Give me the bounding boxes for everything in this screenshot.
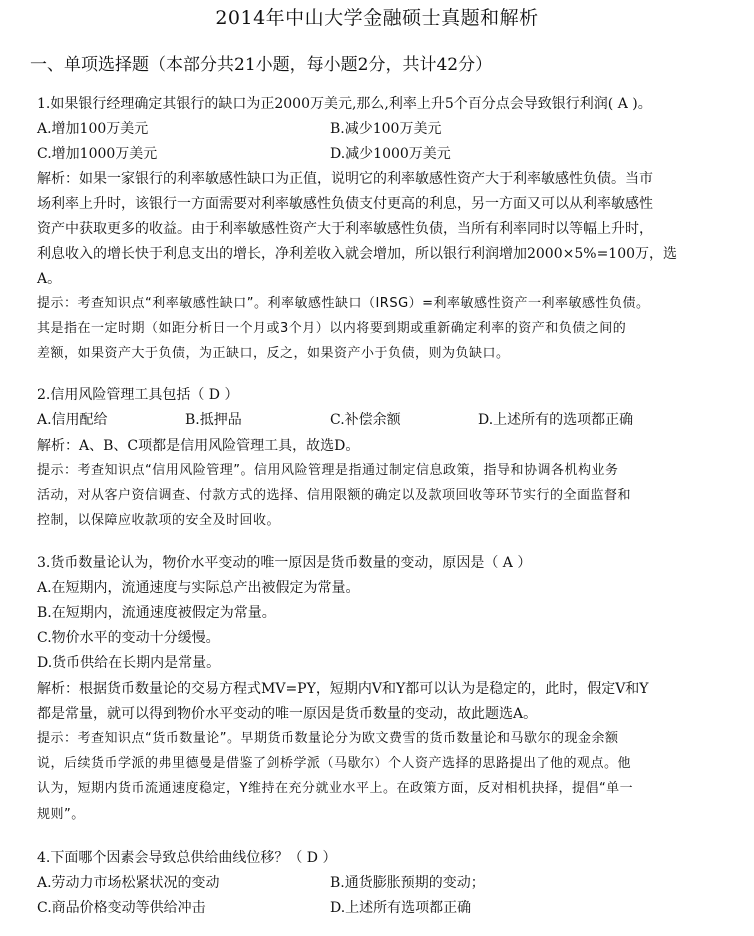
question-3-analysis-line: 都是常量，就可以得到物价水平变动的唯一原因是货币数量的变动，故此题选A。: [37, 704, 537, 724]
question-2-option-b: B.抵押品: [185, 410, 242, 430]
question-3-option-b: B.在短期内，流通速度被假定为常量。: [37, 603, 276, 623]
document-title: 2014年中山大学金融硕士真题和解析: [0, 4, 754, 32]
question-3-tip-line: 提示：考查知识点“货币数量论”。早期货币数量论分为欧文费雪的货币数量论和马歇尔的…: [37, 729, 618, 749]
section-heading: 一、单项选择题（本部分共21小题，每小题2分，共计42分）: [30, 52, 492, 78]
question-2-option-a: A.信用配给: [37, 410, 108, 430]
question-4-stem: 4.下面哪个因素会导致总供给曲线位移？（ D ）: [37, 848, 336, 868]
question-3-option-c: C.物价水平的变动十分缓慢。: [37, 628, 220, 648]
question-3-option-a: A.在短期内，流通速度与实际总产出被假定为常量。: [37, 578, 360, 598]
question-1-stem: 1.如果银行经理确定其银行的缺口为正2000万美元,那么,利率上升5个百分点会导…: [37, 94, 652, 114]
question-3-tip-line: 规则”。: [37, 805, 85, 825]
question-1-analysis-line: A。: [37, 269, 61, 289]
question-3-tip-line: 认为，短期内货币流通速度稳定，Y维持在充分就业水平上。在政策方面，反对相机抉择，…: [37, 779, 633, 799]
question-2-option-d: D.上述所有的选项都正确: [478, 410, 633, 430]
question-3-option-d: D.货币供给在长期内是常量。: [37, 653, 220, 673]
question-4-option-b: B.通货膨胀预期的变动；: [330, 873, 485, 893]
question-4-option-d: D.上述所有选项都正确: [330, 898, 471, 918]
document-page: 2014年中山大学金融硕士真题和解析 一、单项选择题（本部分共21小题，每小题2…: [0, 0, 754, 936]
question-3-tip-line: 说，后续货币学派的弗里德曼是借鉴了剑桥学派（马歇尔）个人资产选择的思路提出了他的…: [37, 754, 631, 774]
question-4-option-c: C.商品价格变动等供给冲击: [37, 898, 206, 918]
question-1-analysis-line: 利息收入的增长快于利息支出的增长，净利差收入就会增加，所以银行利润增加2000×…: [37, 244, 677, 264]
question-3-stem: 3.货币数量论认为，物价水平变动的唯一原因是货币数量的变动，原因是（ A ）: [37, 553, 531, 573]
question-2-tip-line: 提示：考查知识点“信用风险管理”。信用风险管理是指通过制定信息政策，指导和协调各…: [37, 461, 618, 481]
question-1-analysis-line: 解析：如果一家银行的利率敏感性缺口为正值，说明它的利率敏感性资产大于利率敏感性负…: [37, 169, 653, 189]
question-1-tip-line: 差额，如果资产大于负债，为正缺口，反之，如果资产小于负债，则为负缺口。: [37, 344, 510, 364]
question-1-analysis-line: 资产中获取更多的收益。由于利率敏感性资产大于利率敏感性负债，当所有利率同时以等幅…: [37, 219, 653, 239]
question-4-option-a: A.劳动力市场松紧状况的变动: [37, 873, 220, 893]
question-1-option-b: B.减少100万美元: [330, 119, 441, 139]
question-1-option-a: A.增加100万美元: [37, 119, 148, 139]
question-1-analysis-line: 场利率上升时，该银行一方面需要对利率敏感性负债支付更高的利息，另一方面又可以从利…: [37, 194, 653, 214]
question-1-tip-line: 其是指在一定时期（如距分析日一个月或3个月）以内将要到期或重新确定利率的资产和负…: [37, 319, 626, 339]
question-2-analysis-line: 解析：A、B、C项都是信用风险管理工具，故选D。: [37, 436, 359, 456]
question-3-analysis-line: 解析：根据货币数量论的交易方程式MV=PY，短期内V和Y都可以认为是稳定的，此时…: [37, 679, 649, 699]
question-2-tip-line: 控制，以保障应收款项的安全及时回收。: [37, 511, 280, 531]
question-1-option-d: D.减少1000万美元: [330, 144, 451, 164]
question-2-option-c: C.补偿余额: [330, 410, 401, 430]
question-1-option-c: C.增加1000万美元: [37, 144, 157, 164]
question-1-tip-line: 提示：考查知识点“利率敏感性缺口”。利率敏感性缺口（IRSG）=利率敏感性资产一…: [37, 294, 650, 314]
question-2-tip-line: 活动，对从客户资信调查、付款方式的选择、信用限额的确定以及款项回收等环节实行的全…: [37, 486, 631, 506]
question-2-stem: 2.信用风险管理工具包括（ D ）: [37, 385, 238, 405]
